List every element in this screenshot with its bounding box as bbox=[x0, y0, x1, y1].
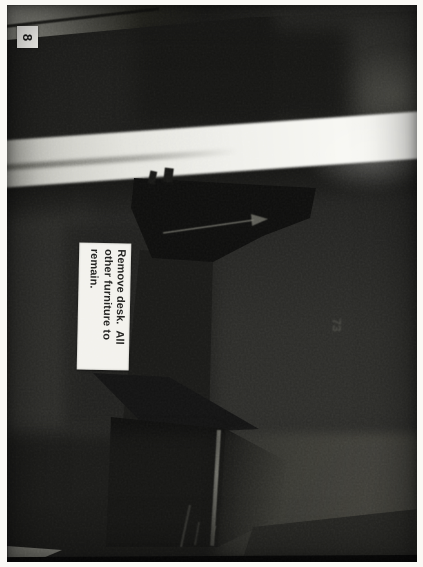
faint-wall-marking: 73 bbox=[327, 312, 347, 338]
light-band-split-line bbox=[7, 149, 238, 172]
scanned-document-page: 73 Remove desk. All other furniture to r… bbox=[0, 0, 423, 567]
light-band-glow bbox=[302, 117, 417, 192]
annotation-note-text: Remove desk. All other furniture to rema… bbox=[77, 242, 132, 370]
annotation-line: remain. bbox=[84, 249, 100, 370]
faint-wall-marking-text: 73 bbox=[330, 318, 344, 331]
photo-bottom-border bbox=[7, 555, 417, 562]
right-arrow-icon bbox=[157, 205, 272, 243]
photo-index-number: 8 bbox=[20, 33, 35, 40]
lower-left-shadow bbox=[7, 433, 216, 558]
upper-shadow-area bbox=[135, 27, 350, 125]
room-photograph: 73 Remove desk. All other furniture to r… bbox=[7, 5, 417, 562]
annotation-note: Remove desk. All other furniture to rema… bbox=[77, 242, 132, 370]
annotation-line: other furniture to bbox=[98, 249, 114, 370]
photo-index-label: 8 bbox=[17, 26, 38, 48]
shelf-bracket-mark bbox=[163, 168, 174, 183]
annotation-line: Remove desk. All bbox=[111, 249, 127, 370]
